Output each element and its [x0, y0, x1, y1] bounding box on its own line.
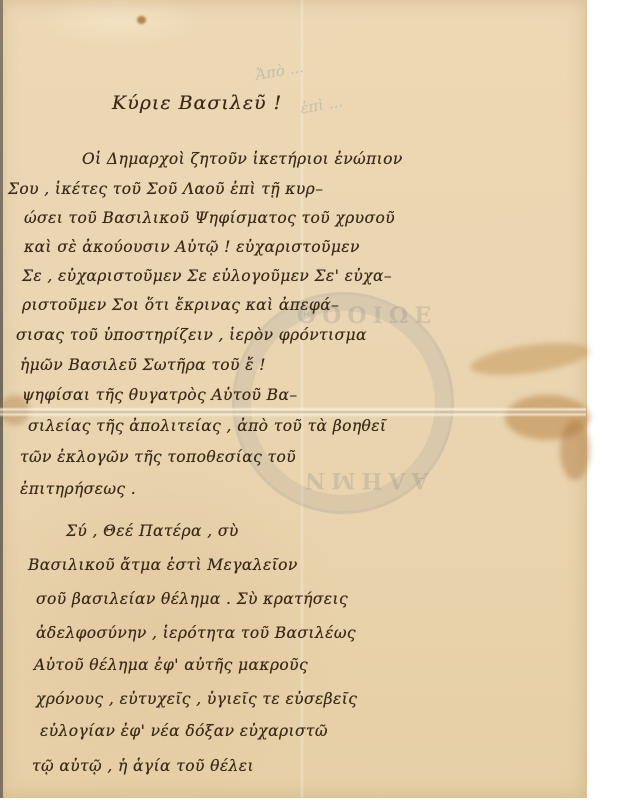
- ink-spot: [137, 16, 146, 24]
- letter-page: ΘΟΟΙΩΕ ΑΛΗΜΝ Ἀπὸ ... ἐπὶ ... Κύριε Βασιλ…: [0, 0, 587, 798]
- letter-line: Βασιλικοῦ ἄτμα ἐστὶ Μεγαλεῖον: [28, 556, 298, 574]
- letter-line: ριστοῦμεν Σοι ὅτι ἔκρινας καὶ ἀπεφά–: [22, 296, 339, 314]
- scan-edge: [0, 0, 3, 798]
- letter-salutation: Κύριε Βασιλεῦ !: [112, 92, 282, 114]
- letter-line: Σύ , Θεέ Πατέρα , σὺ: [66, 522, 239, 540]
- pencil-note: Ἀπὸ ...: [254, 58, 305, 84]
- water-stain: [469, 337, 592, 381]
- letter-line: ώσει τοῦ Βασιλικοῦ Ψηφίσματος τοῦ χρυσοῦ: [24, 209, 395, 227]
- letter-line: χρόνους , εὐτυχεῖς , ὑγιεῖς τε εὐσεβεῖς: [36, 690, 357, 708]
- letter-line: Σου , ἱκέτες τοῦ Σοῦ Λαοῦ ἐπὶ τῇ κυρ–: [8, 180, 323, 198]
- pencil-note: ἐπὶ ...: [299, 92, 344, 117]
- letter-line: ἐπιτηρήσεως .: [20, 480, 136, 498]
- letter-line: καὶ σὲ ἀκούουσιν Αὐτῷ ! εὐχαριστοῦμεν: [24, 238, 360, 256]
- letter-line: Οἱ Δημαρχοὶ ζητοῦν ἱκετήριοι ἐνώπιον: [82, 150, 403, 168]
- letter-line: εὐλογίαν ἐφ' νέα δόξαν εὐχαριστῶ: [40, 722, 328, 740]
- letter-line: σιλείας τῆς ἀπολιτείας , ἀπὸ τοῦ τὰ βοηθ…: [28, 417, 386, 435]
- letter-line: ψηφίσαι τῆς θυγατρὸς Αὐτοῦ Βα–: [22, 386, 298, 404]
- letter-line: Σε , εὐχαριστοῦμεν Σε εὐλογοῦμεν Σε' εὐχ…: [22, 267, 392, 285]
- letter-line: ἀδελφοσύνην , ἱερότητα τοῦ Βασιλέως: [36, 624, 356, 642]
- letter-line: ἡμῶν Βασιλεῦ Σωτῆρα τοῦ ἔ !: [20, 356, 266, 374]
- water-stain: [560, 420, 590, 480]
- letter-line: τῷ αὐτῷ , ἡ ἁγία τοῦ θέλει: [32, 757, 254, 775]
- letter-line: τῶν ἐκλογῶν τῆς τοποθεσίας τοῦ: [20, 448, 296, 466]
- letter-line: Αὐτοῦ θέλημα ἐφ' αὐτῆς μακροῦς: [34, 656, 308, 674]
- stamp-bottom-text: ΑΛΗΜΝ: [299, 467, 428, 493]
- horizontal-fold: [0, 407, 586, 417]
- letter-line: σοῦ βασιλείαν θέλημα . Σὺ κρατήσεις: [36, 590, 348, 608]
- letter-line: σισας τοῦ ὑποστηρίζειν , ἱερὸν φρόντισμα: [16, 326, 367, 344]
